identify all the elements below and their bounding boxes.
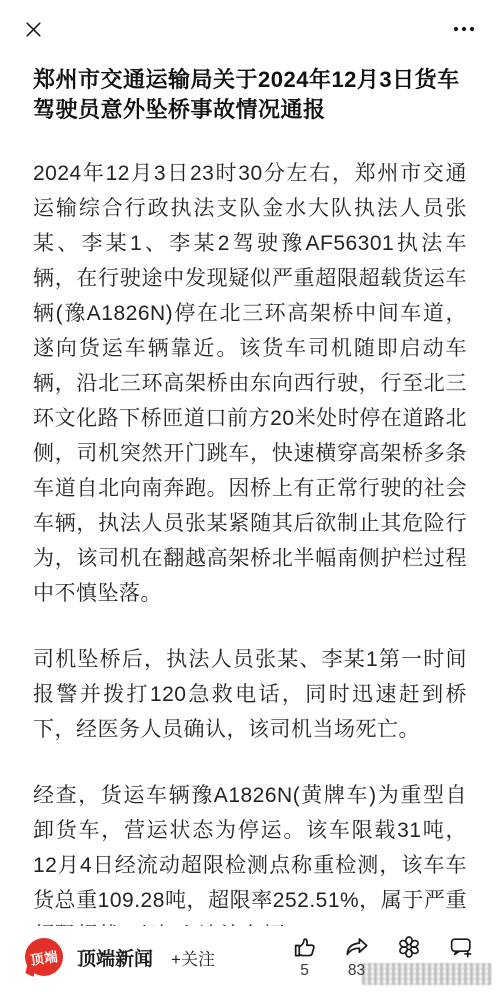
article-paragraph-1: 2024年12月3日23时30分左右，郑州市交通运输综合行政执法支队金水大队执法… [33, 156, 467, 611]
follow-button[interactable]: +关注 [171, 945, 215, 970]
source-name[interactable]: 顶端新闻 [77, 944, 153, 971]
source-logo-text: 顶端 [29, 945, 60, 969]
comment-plus-icon [448, 934, 474, 960]
article-body: 2024年12月3日23时30分左右，郑州市交通运输综合行政执法支队金水大队执法… [33, 156, 467, 953]
flower-button[interactable] [396, 934, 422, 960]
share-button[interactable] [344, 934, 370, 960]
article-title: 郑州市交通运输局关于2024年12月3日货车驾驶员意外坠桥事故情况通报 [33, 65, 467, 125]
flower-icon [396, 934, 422, 960]
comment-button[interactable] [448, 934, 474, 960]
article-page: 郑州市交通运输局关于2024年12月3日货车驾驶员意外坠桥事故情况通报 2024… [0, 0, 500, 992]
more-options-button[interactable] [452, 25, 476, 33]
watermark [362, 963, 492, 985]
like-count: 5 [300, 962, 309, 981]
share-icon [344, 934, 370, 960]
source-logo[interactable]: 顶端 [25, 938, 63, 976]
article-paragraph-2: 司机坠桥后，执法人员张某、李某1第一时间报警并拨打120急救电话，同时迅速赶到桥… [33, 642, 467, 747]
top-bar [0, 0, 500, 58]
thumbs-up-icon [292, 934, 318, 960]
article-content: 郑州市交通运输局关于2024年12月3日货车驾驶员意外坠桥事故情况通报 2024… [33, 60, 467, 953]
like-action: 5 [291, 934, 318, 981]
more-icon [452, 25, 476, 33]
close-icon [24, 20, 43, 39]
close-button[interactable] [24, 20, 43, 39]
like-button[interactable] [292, 934, 318, 960]
